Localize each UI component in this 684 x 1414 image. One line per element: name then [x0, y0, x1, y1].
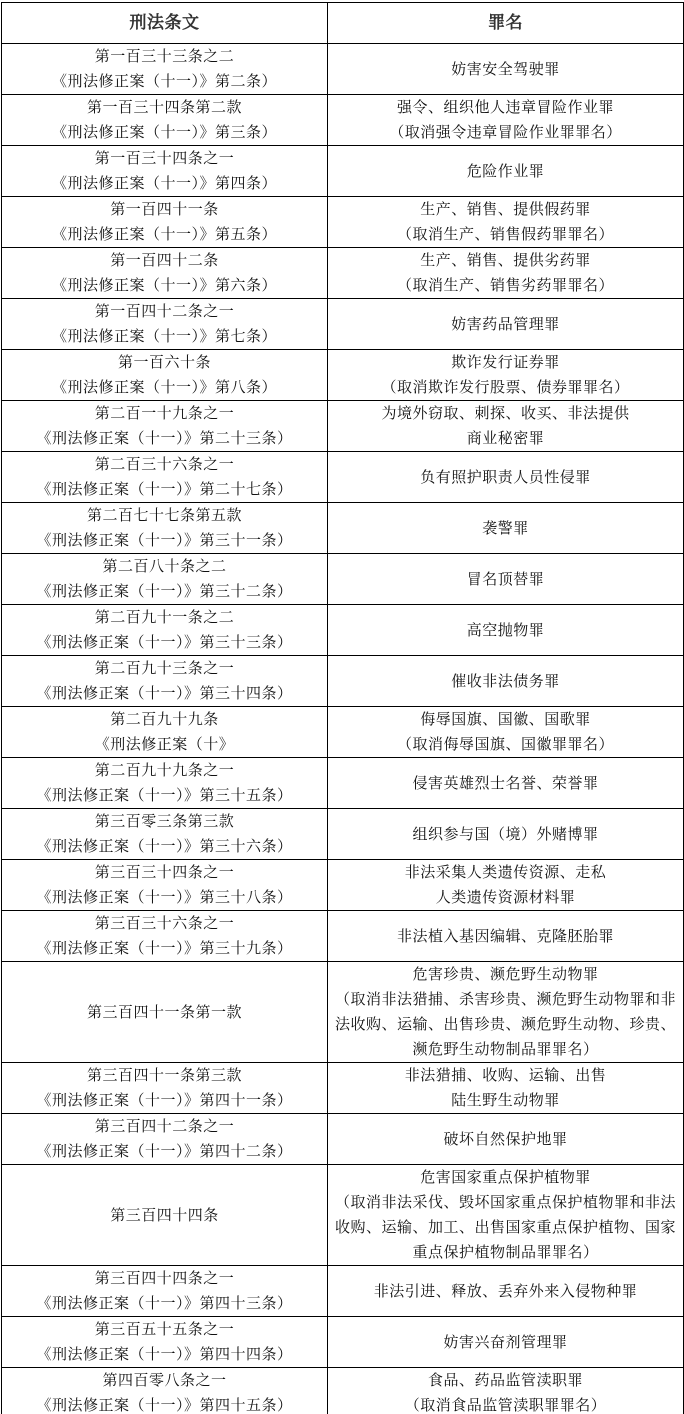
amendment-reference: 《刑法修正案（十一）》第二十七条）	[6, 477, 323, 502]
article-number: 第三百五十五条之一	[6, 1317, 323, 1342]
crime-name: 非法采集人类遗传资源、走私	[332, 860, 679, 885]
crime-name-note: （取消强令违章冒险作业罪罪名）	[332, 120, 679, 145]
crime-name-cell: 生产、销售、提供劣药罪（取消生产、销售劣药罪罪名）	[328, 248, 684, 299]
crime-name-note: （取消侮辱国旗、国徽罪罪名）	[332, 732, 679, 757]
article-cell: 第三百三十六条之一《刑法修正案（十一）》第三十九条）	[2, 911, 328, 962]
crime-name-cell: 妨害药品管理罪	[328, 299, 684, 350]
header-crime-name: 罪名	[328, 3, 684, 44]
article-cell: 第三百四十一条第三款《刑法修正案（十一）》第四十一条）	[2, 1063, 328, 1114]
table-row: 第二百三十六条之一《刑法修正案（十一）》第二十七条）负有照护职责人员性侵罪	[2, 452, 684, 503]
article-number: 第一百四十二条	[6, 248, 323, 273]
table-row: 第三百四十四条危害国家重点保护植物罪（取消非法采伐、毁坏国家重点保护植物罪和非法…	[2, 1165, 684, 1266]
crime-name-cell: 生产、销售、提供假药罪（取消生产、销售假药罪罪名）	[328, 197, 684, 248]
crime-name: 袭警罪	[332, 516, 679, 541]
article-number: 第三百四十四条之一	[6, 1266, 323, 1291]
amendment-reference: 《刑法修正案（十一）》第三十五条）	[6, 783, 323, 808]
amendment-reference: 《刑法修正案（十一）》第四条）	[6, 171, 323, 196]
crime-name-cell: 危险作业罪	[328, 146, 684, 197]
crime-name: 危害国家重点保护植物罪	[332, 1165, 679, 1190]
amendment-reference: 《刑法修正案（十一）》第四十五条）	[6, 1393, 323, 1414]
crime-name-cell: 危害珍贵、濒危野生动物罪（取消非法猎捕、杀害珍贵、濒危野生动物罪和非法收购、运输…	[328, 962, 684, 1063]
crime-name-cell: 侵害英雄烈士名誉、荣誉罪	[328, 758, 684, 809]
article-cell: 第一百三十四条第二款《刑法修正案（十一）》第三条）	[2, 95, 328, 146]
crime-name: 非法引进、释放、丢弃外来入侵物种罪	[332, 1279, 679, 1304]
table-row: 第三百三十六条之一《刑法修正案（十一）》第三十九条）非法植入基因编辑、克隆胚胎罪	[2, 911, 684, 962]
crime-name-cell: 欺诈发行证券罪（取消欺诈发行股票、债券罪罪名）	[328, 350, 684, 401]
crime-name-cell: 危害国家重点保护植物罪（取消非法采伐、毁坏国家重点保护植物罪和非法收购、运输、加…	[328, 1165, 684, 1266]
criminal-law-crimes-table: 刑法条文 罪名 第一百三十三条之二《刑法修正案（十一）》第二条）妨害安全驾驶罪第…	[1, 2, 684, 1414]
table-row: 第三百五十五条之一《刑法修正案（十一）》第四十四条）妨害兴奋剂管理罪	[2, 1317, 684, 1368]
table-row: 第一百六十条《刑法修正案（十一）》第八条）欺诈发行证券罪（取消欺诈发行股票、债券…	[2, 350, 684, 401]
crime-name: 危险作业罪	[332, 159, 679, 184]
crime-name-cell: 非法植入基因编辑、克隆胚胎罪	[328, 911, 684, 962]
crime-name: 妨害兴奋剂管理罪	[332, 1330, 679, 1355]
crime-name-note: （取消非法猎捕、杀害珍贵、濒危野生动物罪和非法收购、运输、出售珍贵、濒危野生动物…	[332, 987, 679, 1062]
article-number: 第一百六十条	[6, 350, 323, 375]
article-number: 第三百四十四条	[6, 1203, 323, 1228]
article-cell: 第二百八十条之二《刑法修正案（十一）》第三十二条）	[2, 554, 328, 605]
article-cell: 第三百零三条第三款《刑法修正案（十一）》第三十六条）	[2, 809, 328, 860]
article-number: 第三百四十一条第一款	[6, 1000, 323, 1025]
article-cell: 第三百四十二条之一《刑法修正案（十一）》第四十二条）	[2, 1114, 328, 1165]
crime-name: 破坏自然保护地罪	[332, 1127, 679, 1152]
article-cell: 第二百九十一条之二《刑法修正案（十一）》第三十三条）	[2, 605, 328, 656]
amendment-reference: 《刑法修正案（十一）》第四十三条）	[6, 1291, 323, 1316]
amendment-reference: 《刑法修正案（十一）》第三十二条）	[6, 579, 323, 604]
amendment-reference: 《刑法修正案（十一）》第三十三条）	[6, 630, 323, 655]
article-cell: 第二百九十九条《刑法修正案（十》	[2, 707, 328, 758]
article-cell: 第一百六十条《刑法修正案（十一）》第八条）	[2, 350, 328, 401]
crime-name-note: （取消欺诈发行股票、债券罪罪名）	[332, 375, 679, 400]
table-row: 第四百零八条之一《刑法修正案（十一）》第四十五条）食品、药品监管渎职罪（取消食品…	[2, 1368, 684, 1414]
table-row: 第一百四十一条《刑法修正案（十一）》第五条）生产、销售、提供假药罪（取消生产、销…	[2, 197, 684, 248]
crime-name: 负有照护职责人员性侵罪	[332, 465, 679, 490]
crime-name-cell: 破坏自然保护地罪	[328, 1114, 684, 1165]
article-cell: 第二百九十九条之一《刑法修正案（十一）》第三十五条）	[2, 758, 328, 809]
article-cell: 第一百四十一条《刑法修正案（十一）》第五条）	[2, 197, 328, 248]
article-number: 第三百三十四条之一	[6, 860, 323, 885]
crime-name: 为境外窃取、刺探、收买、非法提供	[332, 401, 679, 426]
article-number: 第三百四十一条第三款	[6, 1063, 323, 1088]
table-header-row: 刑法条文 罪名	[2, 3, 684, 44]
article-cell: 第二百七十七条第五款《刑法修正案（十一）》第三十一条）	[2, 503, 328, 554]
article-cell: 第一百四十二条《刑法修正案（十一）》第六条）	[2, 248, 328, 299]
amendment-reference: 《刑法修正案（十一）》第三十六条）	[6, 834, 323, 859]
article-cell: 第一百三十三条之二《刑法修正案（十一）》第二条）	[2, 44, 328, 95]
crime-name-cell: 妨害兴奋剂管理罪	[328, 1317, 684, 1368]
article-number: 第二百九十一条之二	[6, 605, 323, 630]
article-number: 第一百三十四条之一	[6, 146, 323, 171]
crime-name: 组织参与国（境）外赌博罪	[332, 822, 679, 847]
crime-name-cell: 组织参与国（境）外赌博罪	[328, 809, 684, 860]
crime-name-note: 人类遗传资源材料罪	[332, 885, 679, 910]
amendment-reference: 《刑法修正案（十一）》第四十一条）	[6, 1088, 323, 1113]
crime-name: 危害珍贵、濒危野生动物罪	[332, 962, 679, 987]
article-cell: 第三百四十一条第一款	[2, 962, 328, 1063]
article-number: 第二百七十七条第五款	[6, 503, 323, 528]
crime-name-cell: 高空抛物罪	[328, 605, 684, 656]
table-row: 第一百四十二条之一《刑法修正案（十一）》第七条）妨害药品管理罪	[2, 299, 684, 350]
crime-name-note: （取消食品监管渎职罪罪名）	[332, 1393, 679, 1414]
crime-name: 妨害安全驾驶罪	[332, 57, 679, 82]
crime-name: 高空抛物罪	[332, 618, 679, 643]
table-row: 第二百九十九条《刑法修正案（十》侮辱国旗、国徽、国歌罪（取消侮辱国旗、国徽罪罪名…	[2, 707, 684, 758]
article-number: 第一百三十三条之二	[6, 44, 323, 69]
crime-name-note: 商业秘密罪	[332, 426, 679, 451]
amendment-reference: 《刑法修正案（十一）》第三十一条）	[6, 528, 323, 553]
article-cell: 第三百五十五条之一《刑法修正案（十一）》第四十四条）	[2, 1317, 328, 1368]
amendment-reference: 《刑法修正案（十一）》第三十八条）	[6, 885, 323, 910]
amendment-reference: 《刑法修正案（十一）》第八条）	[6, 375, 323, 400]
table-row: 第二百八十条之二《刑法修正案（十一）》第三十二条）冒名顶替罪	[2, 554, 684, 605]
table-row: 第三百四十四条之一《刑法修正案（十一）》第四十三条）非法引进、释放、丢弃外来入侵…	[2, 1266, 684, 1317]
table-row: 第三百三十四条之一《刑法修正案（十一）》第三十八条）非法采集人类遗传资源、走私人…	[2, 860, 684, 911]
article-cell: 第二百三十六条之一《刑法修正案（十一）》第二十七条）	[2, 452, 328, 503]
header-article: 刑法条文	[2, 3, 328, 44]
crime-name: 食品、药品监管渎职罪	[332, 1368, 679, 1393]
article-number: 第三百零三条第三款	[6, 809, 323, 834]
article-cell: 第四百零八条之一《刑法修正案（十一）》第四十五条）	[2, 1368, 328, 1414]
crime-name-cell: 冒名顶替罪	[328, 554, 684, 605]
crime-name-cell: 妨害安全驾驶罪	[328, 44, 684, 95]
article-number: 第一百四十一条	[6, 197, 323, 222]
amendment-reference: 《刑法修正案（十一）》第四十四条）	[6, 1342, 323, 1367]
crime-name-cell: 为境外窃取、刺探、收买、非法提供商业秘密罪	[328, 401, 684, 452]
crime-name: 强令、组织他人违章冒险作业罪	[332, 95, 679, 120]
table-row: 第一百三十四条之一《刑法修正案（十一）》第四条）危险作业罪	[2, 146, 684, 197]
table-row: 第二百七十七条第五款《刑法修正案（十一）》第三十一条）袭警罪	[2, 503, 684, 554]
table-row: 第一百三十三条之二《刑法修正案（十一）》第二条）妨害安全驾驶罪	[2, 44, 684, 95]
article-number: 第二百八十条之二	[6, 554, 323, 579]
article-number: 第二百九十三条之一	[6, 656, 323, 681]
article-cell: 第三百三十四条之一《刑法修正案（十一）》第三十八条）	[2, 860, 328, 911]
article-cell: 第一百四十二条之一《刑法修正案（十一）》第七条）	[2, 299, 328, 350]
amendment-reference: 《刑法修正案（十一）》第二十三条）	[6, 426, 323, 451]
article-cell: 第三百四十四条之一《刑法修正案（十一）》第四十三条）	[2, 1266, 328, 1317]
amendment-reference: 《刑法修正案（十一）》第二条）	[6, 69, 323, 94]
table-row: 第二百九十一条之二《刑法修正案（十一）》第三十三条）高空抛物罪	[2, 605, 684, 656]
table-row: 第三百四十一条第三款《刑法修正案（十一）》第四十一条）非法猎捕、收购、运输、出售…	[2, 1063, 684, 1114]
crime-name-cell: 非法引进、释放、丢弃外来入侵物种罪	[328, 1266, 684, 1317]
table-row: 第一百三十四条第二款《刑法修正案（十一）》第三条）强令、组织他人违章冒险作业罪（…	[2, 95, 684, 146]
crime-name-cell: 侮辱国旗、国徽、国歌罪（取消侮辱国旗、国徽罪罪名）	[328, 707, 684, 758]
crime-name-cell: 强令、组织他人违章冒险作业罪（取消强令违章冒险作业罪罪名）	[328, 95, 684, 146]
amendment-reference: 《刑法修正案（十一）》第六条）	[6, 273, 323, 298]
amendment-reference: 《刑法修正案（十一）》第三条）	[6, 120, 323, 145]
article-number: 第二百九十九条之一	[6, 758, 323, 783]
crime-name-cell: 袭警罪	[328, 503, 684, 554]
amendment-reference: 《刑法修正案（十一）》第三十九条）	[6, 936, 323, 961]
crime-name-note: 陆生野生动物罪	[332, 1088, 679, 1113]
table-row: 第二百九十三条之一《刑法修正案（十一）》第三十四条）催收非法债务罪	[2, 656, 684, 707]
crime-name-note: （取消非法采伐、毁坏国家重点保护植物罪和非法收购、运输、加工、出售国家重点保护植…	[332, 1190, 679, 1265]
article-cell: 第二百一十九条之一《刑法修正案（十一）》第二十三条）	[2, 401, 328, 452]
table-row: 第一百四十二条《刑法修正案（十一）》第六条）生产、销售、提供劣药罪（取消生产、销…	[2, 248, 684, 299]
table-row: 第三百四十二条之一《刑法修正案（十一）》第四十二条）破坏自然保护地罪	[2, 1114, 684, 1165]
article-number: 第二百九十九条	[6, 707, 323, 732]
crime-name: 非法猎捕、收购、运输、出售	[332, 1063, 679, 1088]
table-row: 第二百九十九条之一《刑法修正案（十一）》第三十五条）侵害英雄烈士名誉、荣誉罪	[2, 758, 684, 809]
table-row: 第三百零三条第三款《刑法修正案（十一）》第三十六条）组织参与国（境）外赌博罪	[2, 809, 684, 860]
amendment-reference: 《刑法修正案（十一）》第四十二条）	[6, 1139, 323, 1164]
amendment-reference: 《刑法修正案（十一）》第三十四条）	[6, 681, 323, 706]
crime-name: 催收非法债务罪	[332, 669, 679, 694]
crime-name: 生产、销售、提供劣药罪	[332, 248, 679, 273]
article-number: 第一百四十二条之一	[6, 299, 323, 324]
table-body: 第一百三十三条之二《刑法修正案（十一）》第二条）妨害安全驾驶罪第一百三十四条第二…	[2, 44, 684, 1414]
article-number: 第二百一十九条之一	[6, 401, 323, 426]
article-number: 第四百零八条之一	[6, 1368, 323, 1393]
article-cell: 第三百四十四条	[2, 1165, 328, 1266]
article-cell: 第一百三十四条之一《刑法修正案（十一）》第四条）	[2, 146, 328, 197]
amendment-reference: 《刑法修正案（十》	[6, 732, 323, 757]
article-cell: 第二百九十三条之一《刑法修正案（十一）》第三十四条）	[2, 656, 328, 707]
article-number: 第三百三十六条之一	[6, 911, 323, 936]
article-number: 第二百三十六条之一	[6, 452, 323, 477]
crime-name: 生产、销售、提供假药罪	[332, 197, 679, 222]
crime-name-note: （取消生产、销售假药罪罪名）	[332, 222, 679, 247]
crime-name: 冒名顶替罪	[332, 567, 679, 592]
crime-name: 欺诈发行证券罪	[332, 350, 679, 375]
article-number: 第三百四十二条之一	[6, 1114, 323, 1139]
crime-name-cell: 非法采集人类遗传资源、走私人类遗传资源材料罪	[328, 860, 684, 911]
crime-name-cell: 负有照护职责人员性侵罪	[328, 452, 684, 503]
amendment-reference: 《刑法修正案（十一）》第五条）	[6, 222, 323, 247]
crime-name: 侵害英雄烈士名誉、荣誉罪	[332, 771, 679, 796]
amendment-reference: 《刑法修正案（十一）》第七条）	[6, 324, 323, 349]
crime-name-cell: 非法猎捕、收购、运输、出售陆生野生动物罪	[328, 1063, 684, 1114]
crime-name-cell: 食品、药品监管渎职罪（取消食品监管渎职罪罪名）	[328, 1368, 684, 1414]
crime-name: 侮辱国旗、国徽、国歌罪	[332, 707, 679, 732]
crime-name: 妨害药品管理罪	[332, 312, 679, 337]
table-row: 第三百四十一条第一款危害珍贵、濒危野生动物罪（取消非法猎捕、杀害珍贵、濒危野生动…	[2, 962, 684, 1063]
crime-name-cell: 催收非法债务罪	[328, 656, 684, 707]
crime-name-note: （取消生产、销售劣药罪罪名）	[332, 273, 679, 298]
article-number: 第一百三十四条第二款	[6, 95, 323, 120]
table-row: 第二百一十九条之一《刑法修正案（十一）》第二十三条）为境外窃取、刺探、收买、非法…	[2, 401, 684, 452]
crime-name: 非法植入基因编辑、克隆胚胎罪	[332, 924, 679, 949]
